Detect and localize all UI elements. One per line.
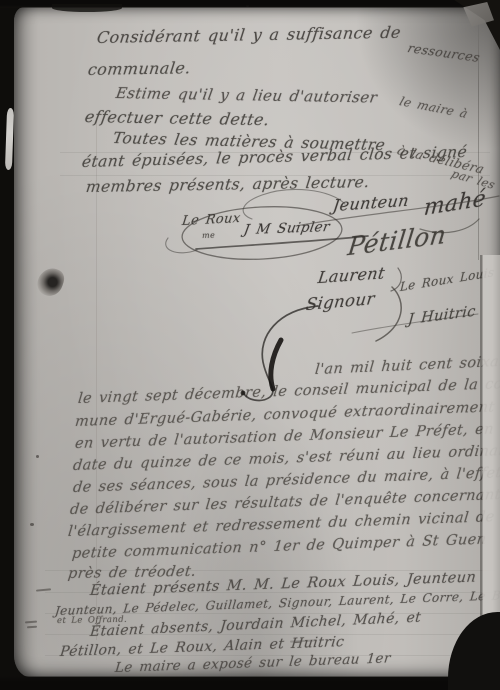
resolution-line: effectuer cette dette. <box>83 107 270 129</box>
signature-le-roux-suffix: me <box>202 231 215 240</box>
resolution-line: communale. <box>87 58 192 79</box>
signature-suipler: J M Suipler <box>243 219 332 238</box>
page-fold-line <box>478 10 480 260</box>
manuscript-photo: { "photo": { "description": "Photograph … <box>0 0 500 690</box>
signature-le-roux: Le Roux <box>181 211 241 229</box>
book-bottom-edge <box>0 676 500 690</box>
ink-speck <box>36 455 39 458</box>
photo-frame: Considérant qu'il y a suffisance de ress… <box>0 0 500 690</box>
margin-rule-line <box>96 118 97 640</box>
next-page-edge <box>480 255 500 635</box>
page-edge-tear <box>5 108 14 170</box>
ink-speck <box>30 523 34 526</box>
book-top-edge-shadow <box>52 4 122 12</box>
